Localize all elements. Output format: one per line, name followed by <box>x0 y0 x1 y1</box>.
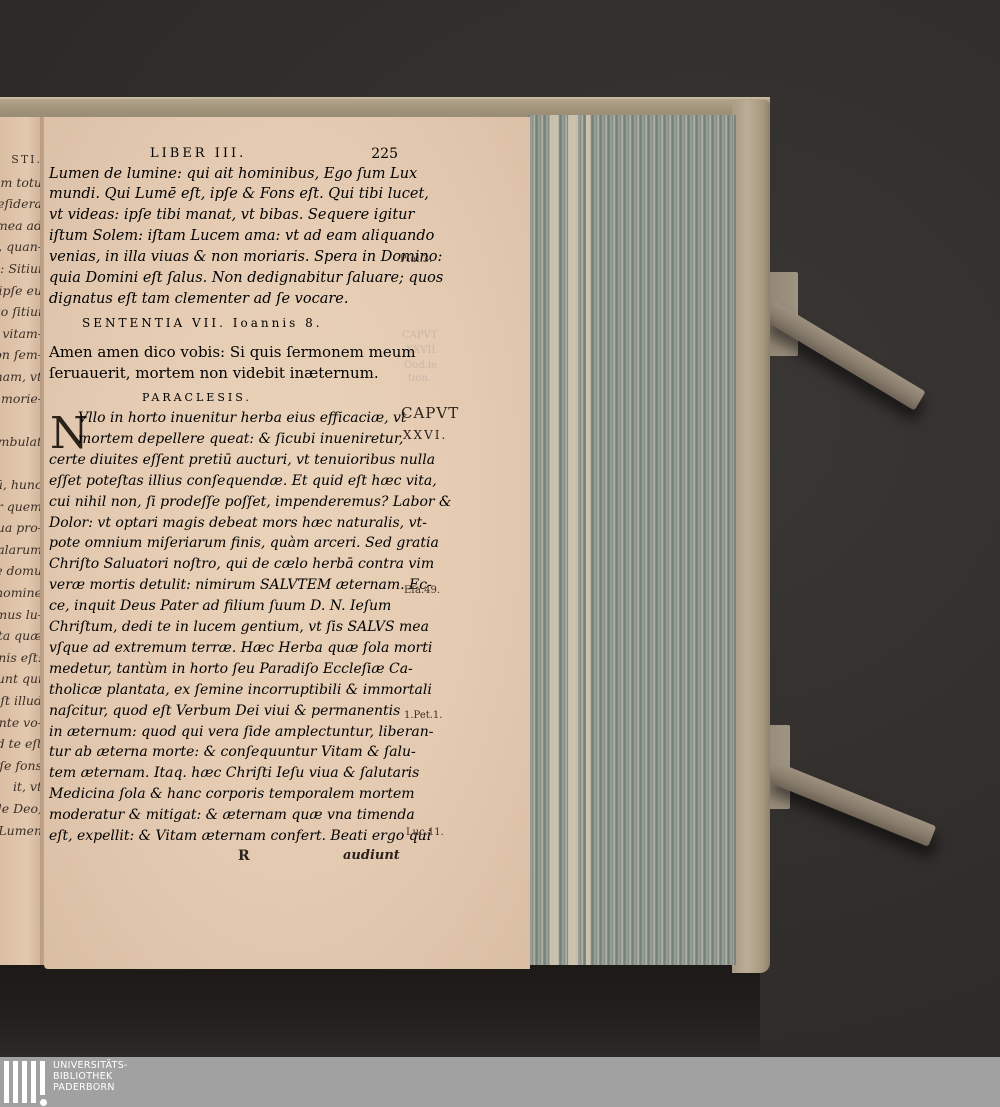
text-line: venias, in illa viuas & non moriaris. Sp… <box>49 247 401 267</box>
facing-page-text-fragment: de Deo, <box>0 801 42 816</box>
facing-page-text-fragment: STI. <box>11 153 42 166</box>
text-line: Medicina ſola & hanc corporis temporalem… <box>49 784 401 804</box>
facing-page-text-fragment: eſt illud <box>0 693 42 708</box>
library-logo-icon <box>4 1061 46 1105</box>
text-line: ce, inquit Deus Pater ad filium ſuum D. … <box>49 596 401 616</box>
show-through-text: XXVII. <box>406 345 439 356</box>
text-line: tholicæ plantata, ex ſemine incorruptibi… <box>49 680 401 700</box>
text-line: quia Domini eſt ſalus. Non dedignabitur … <box>49 268 401 288</box>
text-line: tem æternam. Itaq. hæc Chriſti Ieſu viua… <box>49 763 401 783</box>
text-line: iſtum Solem: iſtam Lucem ama: vt ad eam … <box>49 226 401 246</box>
facing-page-text-fragment: it, vt <box>13 779 42 794</box>
facing-page-text-fragment: Lumen <box>0 823 42 838</box>
page-block-edge <box>528 115 736 965</box>
margin-note-isaiah: Eſa.49. <box>404 585 440 596</box>
text-line: vſque ad extremum terræ. Hæc Herba quæ ſ… <box>49 638 401 658</box>
signature-mark: R <box>238 848 250 864</box>
text-line: tur ab æterna morte: & conſequuntur Vita… <box>49 742 401 762</box>
text-line: Lumen de lumine: qui ait hominibus, Ego … <box>49 164 401 184</box>
facing-page-text-fragment: ud te eſt <box>0 736 42 751</box>
facing-page-text-fragment: ei: ipſe eu <box>0 283 42 298</box>
show-through-text: Ood.ie <box>404 360 437 371</box>
book-shadow <box>0 955 760 1057</box>
sententia-heading: SENTENTIA VII. Ioannis 8. <box>82 316 323 330</box>
facing-page-text-fragment: unt qui <box>0 671 42 686</box>
text-line: certe diuites eſſent pretiū aucturi, vt … <box>49 450 401 470</box>
facing-page-text-fragment: ente vo- <box>0 715 42 730</box>
text-line: moderatur & mitigat: & æternam quæ vna t… <box>49 805 401 825</box>
facing-page-text-fragment: ambulat <box>0 434 42 449</box>
facing-page-text-fragment: ua pro- <box>0 520 42 535</box>
text-line: veræ mortis detulit: nimirum SALVTEM æte… <box>49 575 401 595</box>
text-line: pote omnium miſeriarum finis, quàm arcer… <box>49 533 401 553</box>
text-line: Dolor: vt optari magis debeat mors hæc n… <box>49 513 401 533</box>
text-line: Vllo in horto inuenitur herba eius effic… <box>78 408 401 428</box>
facing-page-text-fragment: a mea ad <box>0 218 42 233</box>
facing-page-text-fragment: e domu <box>0 563 42 578</box>
margin-note-peter: 1.Pet.1. <box>404 710 442 721</box>
text-line: mundi. Qui Lumē eſt, ipſe & Fons eſt. Qu… <box>49 184 401 204</box>
library-footer-bar: UNIVERSITÄTS- BIBLIOTHEK PADERBORN <box>0 1057 1000 1107</box>
scan-viewport: STI.cùm totudeſideraa mea aduū, quan-m: … <box>0 0 1000 1057</box>
running-head: LIBER III. 225 <box>48 146 398 166</box>
chapter-marker-caput: CAPVT <box>401 404 459 422</box>
facing-page-text-fragment: nam, vt <box>0 369 42 384</box>
text-line: Chriſtum, dedi te in lucem gentium, vt ſ… <box>49 617 401 637</box>
facing-page-text-fragment: deſidera <box>0 196 42 211</box>
facing-page-text-fragment: ſta quæ <box>0 628 42 643</box>
page-number: 225 <box>371 146 398 162</box>
show-through-text: CAPVT <box>402 330 438 341</box>
facing-page-text-fragment: nis eſt: <box>0 650 42 665</box>
facing-page-text-fragment: non ſem- <box>0 347 42 362</box>
margin-note-luke: Luc.11. <box>406 827 444 838</box>
book-cover-fore-edge <box>732 100 770 973</box>
text-line: ſeruauerit, mortem non videbit inæternum… <box>49 363 401 383</box>
text-line: eſſet poteſtas illius conſequendæ. Et qu… <box>49 471 401 491</box>
facing-page-text-fragment: vitam- <box>2 326 42 341</box>
text-line: in æternum: quod qui vera ſide amplectun… <box>49 722 401 742</box>
text-line: vt videas: ipſe tibi manat, vt bibas. Se… <box>49 205 401 225</box>
facing-page-text-fragment: mus lu- <box>0 607 42 622</box>
facing-page-text-fragment: alarum <box>0 542 42 557</box>
text-line: naſcitur, quod eſt Verbum Dei viui & per… <box>49 701 401 721</box>
text-line: mortem depellere queat: & ſicubi inuenir… <box>78 429 401 449</box>
facing-page-text-fragment: nomine <box>0 585 42 600</box>
text-line: eſt, expellit: & Vitam æternam confert. … <box>49 826 401 846</box>
clasp-lower <box>766 761 936 847</box>
facing-page-text-fragment: n morie- <box>0 391 42 406</box>
text-line: cui nihil non, ſi prodeſſe poſſet, impen… <box>49 492 401 512</box>
running-head-title: LIBER III. <box>150 146 246 161</box>
chapter-marker-number: XXVI. <box>403 428 447 442</box>
text-line: Amen amen dico vobis: Si quis ſermonem m… <box>49 342 401 362</box>
facing-page-text-fragment: tū, hunc <box>0 477 42 492</box>
text-line: dignatus eſt tam clementer ad ſe vocare. <box>49 289 401 309</box>
facing-page-text-fragment: er quem <box>0 499 42 514</box>
catchword: audiunt <box>343 848 400 863</box>
margin-note-psalm: Pſal.3. <box>400 254 432 265</box>
facing-page-text-fragment: cùm totu <box>0 175 42 190</box>
clasp-upper <box>764 302 925 411</box>
facing-page-text-fragment: pſe fons <box>0 758 42 773</box>
show-through-text: tion. <box>408 373 431 384</box>
text-line: medetur, tantùm in horto ſeu Paradiſo Ec… <box>49 659 401 679</box>
facing-page-text-fragment: m: Sitiui <box>0 261 42 276</box>
library-logo-text: UNIVERSITÄTS- BIBLIOTHEK PADERBORN <box>53 1060 128 1093</box>
facing-page-text-fragment: go ſitiui <box>0 304 42 319</box>
text-line: Chriſto Saluatori noſtro, qui de cælo he… <box>49 554 401 574</box>
paraclesis-heading: PARACLESIS. <box>142 391 252 404</box>
facing-page-text-fragment: uū, quan- <box>0 239 42 254</box>
